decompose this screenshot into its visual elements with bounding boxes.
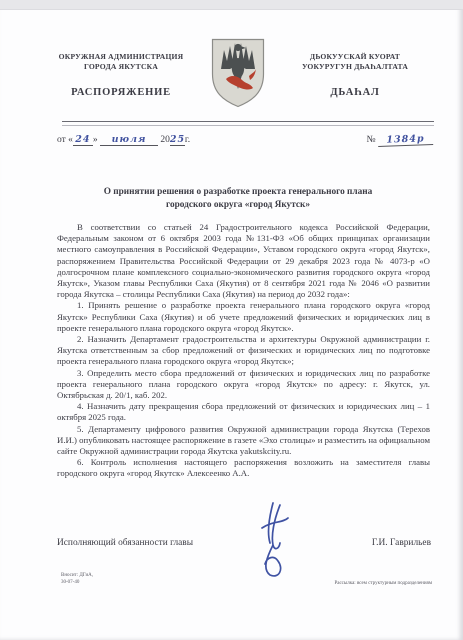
- body-paragraph: 4. Назначить дату прекращения сбора пред…: [57, 401, 430, 423]
- org-name-ru-line1: ОКРУЖНАЯ АДМИНИСТРАЦИЯ: [42, 52, 200, 62]
- date-day-handwritten: 24: [73, 134, 93, 146]
- body-paragraph: В соответствии со статьей 24 Градостроит…: [57, 222, 430, 300]
- org-name-sakha-line2: УОКУРУГУН ДЬАҺАЛТАТА: [276, 62, 434, 72]
- body-paragraph: 3. Определить место сбора предложений от…: [57, 368, 430, 402]
- org-name-ru-line2: ГОРОДА ЯКУТСКА: [42, 62, 200, 72]
- prepared-by-line1: Вносит: ДГиА,: [61, 573, 93, 580]
- date-prefix: от «: [57, 135, 73, 145]
- document-title-line1: О принятии решения о разработке проекта …: [42, 186, 434, 199]
- document-title-line2: городского округа «город Якутск»: [42, 199, 434, 212]
- signatory-title: Исполняющий обязанности главы: [57, 538, 193, 548]
- number-handwritten: 1384р: [378, 133, 433, 147]
- signatory-name: Г.И. Гаврильев: [372, 538, 431, 548]
- body-paragraph: 6. Контроль исполнения настоящего распор…: [57, 457, 430, 479]
- coat-of-arms-icon: [211, 38, 265, 108]
- prepared-by-note: Вносит: ДГиА, 30-07-40: [61, 573, 93, 586]
- letterhead: ОКРУЖНАЯ АДМИНИСТРАЦИЯ ГОРОДА ЯКУТСКА РА…: [42, 52, 434, 108]
- date-year-suffix: г.: [185, 135, 190, 145]
- signature-row: Исполняющий обязанности главы Г.И. Гаври…: [57, 538, 431, 548]
- doc-type-sakha: ДЬАҺАЛ: [276, 87, 434, 98]
- date-close-quote: »: [93, 135, 98, 145]
- doc-type-ru: РАСПОРЯЖЕНИЕ: [42, 87, 200, 98]
- org-block-sakha: ДЬОКУУСКАЙ КУОРАТ УОКУРУГУН ДЬАҺАЛТАТА Д…: [276, 52, 434, 98]
- date-number-line: от «24» июля 2025г. № 1384р: [57, 134, 433, 146]
- body-paragraph: 2. Назначить Департамент градостроительс…: [57, 334, 430, 368]
- number-label: №: [367, 135, 376, 145]
- date-field: от «24» июля 2025г.: [57, 134, 190, 146]
- org-block-russian: ОКРУЖНАЯ АДМИНИСТРАЦИЯ ГОРОДА ЯКУТСКА РА…: [42, 52, 200, 98]
- number-field: № 1384р: [367, 134, 433, 146]
- prepared-by-line2: 30-07-40: [61, 580, 93, 587]
- date-year-handwritten: 25: [170, 134, 185, 146]
- date-month-handwritten: июля: [100, 134, 158, 146]
- date-century: 20: [160, 135, 170, 145]
- scan-edge-strip: [0, 0, 463, 10]
- document-body: В соответствии со статьей 24 Градостроит…: [57, 222, 430, 480]
- org-name-sakha-line1: ДЬОКУУСКАЙ КУОРАТ: [276, 52, 434, 62]
- distribution-note: Рассылка: всем структурным подразделения…: [334, 581, 432, 586]
- body-paragraph: 5. Департаменту цифрового развития Окруж…: [57, 424, 430, 458]
- header-divider: [62, 121, 434, 126]
- document-title: О принятии решения о разработке проекта …: [42, 186, 434, 211]
- scanned-document-page: ОКРУЖНАЯ АДМИНИСТРАЦИЯ ГОРОДА ЯКУТСКА РА…: [0, 0, 463, 640]
- body-paragraph: 1. Принять решение о разработке проекта …: [57, 300, 430, 334]
